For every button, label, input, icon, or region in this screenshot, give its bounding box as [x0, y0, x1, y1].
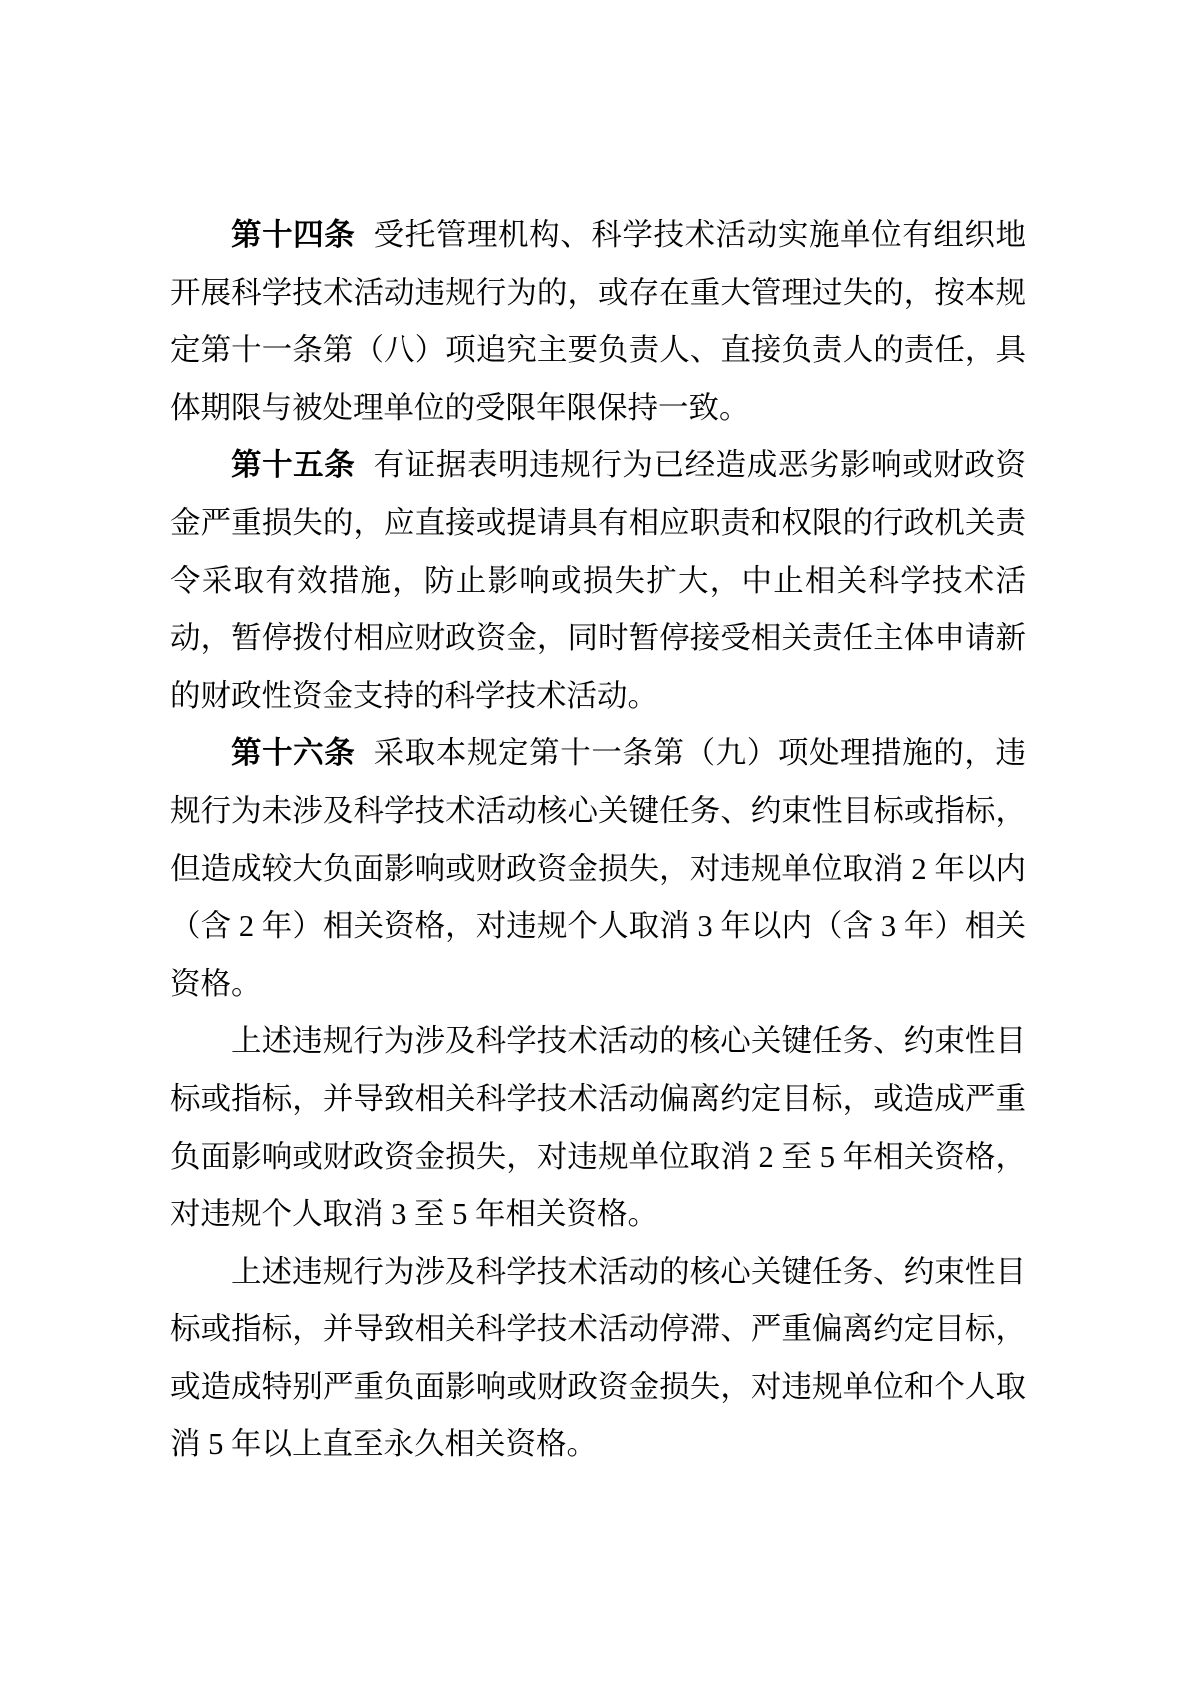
paragraph-article-16: 第十六条采取本规定第十一条第（九）项处理措施的，违规行为未涉及科学技术活动核心关… — [170, 725, 1026, 1013]
paragraph-article-15: 第十五条有证据表明违规行为已经造成恶劣影响或财政资金严重损失的，应直接或提请具有… — [170, 437, 1026, 725]
article-15-text: 有证据表明违规行为已经造成恶劣影响或财政资金严重损失的，应直接或提请具有相应职责… — [170, 448, 1026, 712]
article-15-heading: 第十五条 — [231, 448, 355, 482]
document-page: 第十四条受托管理机构、科学技术活动实施单位有组织地开展科学技术活动违规行为的，或… — [0, 0, 1191, 1684]
paragraph-article-14: 第十四条受托管理机构、科学技术活动实施单位有组织地开展科学技术活动违规行为的，或… — [170, 207, 1026, 437]
paragraph-article-16-clause-2: 上述违规行为涉及科学技术活动的核心关键任务、约束性目标或指标，并导致相关科学技术… — [170, 1013, 1026, 1243]
article-16-clause-3-text: 上述违规行为涉及科学技术活动的核心关键任务、约束性目标或指标，并导致相关科学技术… — [170, 1255, 1026, 1462]
document-body: 第十四条受托管理机构、科学技术活动实施单位有组织地开展科学技术活动违规行为的，或… — [170, 207, 1026, 1474]
article-14-heading: 第十四条 — [231, 218, 355, 252]
article-16-heading: 第十六条 — [231, 736, 355, 770]
paragraph-article-16-clause-3: 上述违规行为涉及科学技术活动的核心关键任务、约束性目标或指标，并导致相关科学技术… — [170, 1244, 1026, 1474]
article-16-clause-2-text: 上述违规行为涉及科学技术活动的核心关键任务、约束性目标或指标，并导致相关科学技术… — [170, 1024, 1026, 1231]
article-16-text: 采取本规定第十一条第（九）项处理措施的，违规行为未涉及科学技术活动核心关键任务、… — [170, 736, 1026, 1000]
